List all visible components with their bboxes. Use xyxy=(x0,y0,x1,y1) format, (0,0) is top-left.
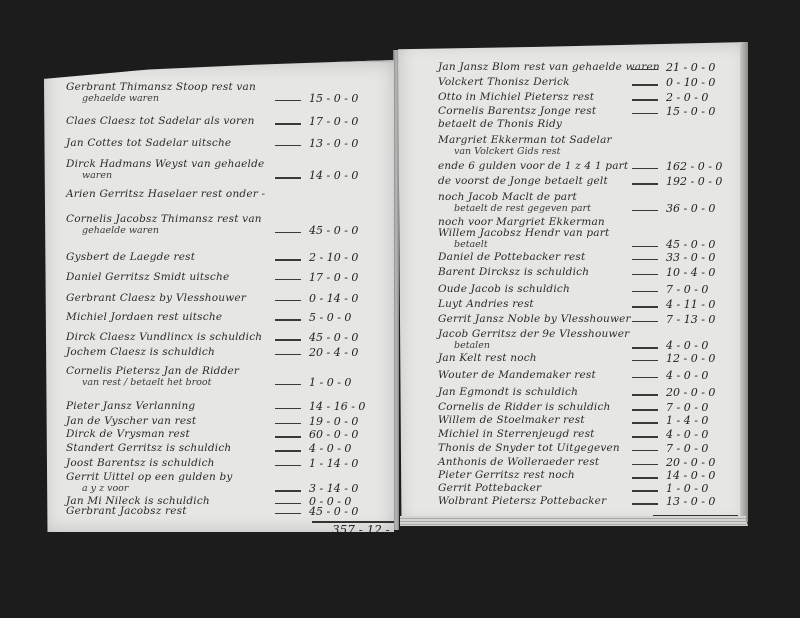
entry-continuation: a y z voor xyxy=(82,483,128,494)
entry-amount: 12 - 0 - 0 xyxy=(666,352,715,365)
leader-dash xyxy=(275,319,301,321)
leader-dash xyxy=(632,422,658,424)
entry-amount: 20 - 4 - 0 xyxy=(309,346,358,359)
leader-dash xyxy=(275,259,301,261)
entry-name: de voorst de Jonge betaelt gelt xyxy=(438,175,608,187)
leader-dash xyxy=(275,339,301,341)
ledger-entry: Jan Cottes tot Sadelar uitsche13 - 0 - 0 xyxy=(44,137,394,155)
entry-name: Margriet Ekkerman tot Sadelar xyxy=(438,134,612,146)
entry-name: Barent Dircksz is schuldich xyxy=(438,266,589,278)
leader-dash xyxy=(275,465,301,467)
leader-dash xyxy=(632,246,658,248)
entry-name: betaelt de Thonis Ridy xyxy=(438,118,562,130)
leader-dash xyxy=(632,377,658,379)
total-flourish xyxy=(302,532,328,539)
page-edge xyxy=(740,42,748,522)
entry-name: Jan Cottes tot Sadelar uitsche xyxy=(66,137,231,149)
folio-number: 202 xyxy=(576,566,591,575)
leader-dash xyxy=(632,394,658,396)
entry-name: Daniel Gerritsz Smidt uitsche xyxy=(66,271,229,283)
entry-continuation: waren xyxy=(82,170,112,181)
entry-continuation: betaelt xyxy=(454,239,488,250)
entry-amount: 4 - 0 - 0 xyxy=(666,339,708,352)
entry-name: Michiel Jordaen rest uitsche xyxy=(66,311,222,323)
ledger-entry: Jochem Claesz is schuldich20 - 4 - 0 xyxy=(44,346,394,364)
entry-amount: 45 - 0 - 0 xyxy=(309,505,358,518)
entry-name: Gerbrant Thimansz Stoop rest van xyxy=(66,81,256,93)
entry-name: Jochem Claesz is schuldich xyxy=(66,346,215,358)
entry-continuation: van rest / betaelt het broot xyxy=(82,377,211,388)
entry-name: Oude Jacob is schuldich xyxy=(438,283,570,295)
entry-name: Joost Barentsz is schuldich xyxy=(66,457,215,469)
ledger-entry: betaelt de Thonis Ridy xyxy=(398,118,748,136)
entry-amount: 17 - 0 - 0 xyxy=(309,271,358,284)
entry-amount: 19 - 0 - 0 xyxy=(309,415,358,428)
entry-amount: 15 - 0 - 0 xyxy=(666,105,715,118)
leader-dash xyxy=(275,503,301,505)
entry-amount: 162 - 0 - 0 xyxy=(666,160,722,173)
leader-dash xyxy=(275,100,301,102)
entry-name: Thonis de Snyder tot Uitgegeven xyxy=(438,442,620,454)
entry-amount: 1 - 14 - 0 xyxy=(309,457,358,470)
entry-name: noch Jacob Maclt de part xyxy=(438,191,577,203)
entry-amount: 17 - 0 - 0 xyxy=(309,115,358,128)
entry-amount: 45 - 0 - 0 xyxy=(309,331,358,344)
ledger-entry: Michiel Jordaen rest uitsche5 - 0 - 0 xyxy=(44,311,394,329)
leader-dash xyxy=(632,306,658,308)
leader-dash xyxy=(632,274,658,276)
entry-amount: 20 - 0 - 0 xyxy=(666,456,715,469)
entry-name: Gerrit Jansz Noble by Vlesshouwer xyxy=(438,313,631,325)
entry-name: Gysbert de Laegde rest xyxy=(66,251,195,263)
entry-amount: 21 - 0 - 0 xyxy=(666,61,715,74)
entry-continuation: van Volckert Gids rest xyxy=(454,146,560,157)
entry-amount: 7 - 0 - 0 xyxy=(666,442,708,455)
entry-amount: 14 - 0 - 0 xyxy=(309,169,358,182)
entry-amount: 4 - 0 - 0 xyxy=(666,369,708,382)
ledger-entry: Jan Kelt rest noch12 - 0 - 0 xyxy=(398,352,748,370)
entry-name: Gerrit Pottebacker xyxy=(438,482,541,494)
leader-dash xyxy=(275,513,301,515)
leader-dash xyxy=(275,423,301,425)
entry-amount: 20 - 0 - 0 xyxy=(666,386,715,399)
entry-name: Dirck Claesz Vundlincx is schuldich xyxy=(66,331,262,343)
entry-name: Wolbrant Pietersz Pottebacker xyxy=(438,495,606,507)
entry-name: Jacob Gerritsz der 9e Vlesshouwer xyxy=(438,328,629,340)
entry-name: Claes Claesz tot Sadelar als voren xyxy=(66,115,255,127)
ledger-entry: Daniel Gerritsz Smidt uitsche17 - 0 - 0 xyxy=(44,271,394,289)
entry-name: Cornelis Pietersz Jan de Ridder xyxy=(66,365,239,377)
page-stack-edge xyxy=(400,516,746,526)
ledger-entry: Wouter de Mandemaker rest4 - 0 - 0 xyxy=(398,369,748,387)
entry-amount: 192 - 0 - 0 xyxy=(666,175,722,188)
entry-name: Jan Kelt rest noch xyxy=(438,352,537,364)
leader-dash xyxy=(275,123,301,125)
entry-amount: 13 - 0 - 0 xyxy=(309,137,358,150)
entry-name: Cornelis Barentsz Jonge rest xyxy=(438,105,596,117)
entry-amount: 0 - 14 - 0 xyxy=(309,292,358,305)
entry-continuation: betaelt de rest gegeven part xyxy=(454,203,591,214)
leader-dash xyxy=(632,210,658,212)
leader-dash xyxy=(632,291,658,293)
entry-amount: 4 - 0 - 0 xyxy=(309,442,351,455)
entry-name: Willem Jacobsz Hendr van part xyxy=(438,227,609,239)
ledger-entry: noch Jacob Maclt de partbetaelt de rest … xyxy=(398,191,748,209)
ledger-entry: Cornelis Jacobsz Thimansz rest vangehael… xyxy=(44,213,394,231)
ledger-entry: Willem Jacobsz Hendr van partbetaelt45 -… xyxy=(398,227,748,245)
ledger-entry: Cornelis Pietersz Jan de Riddervan rest … xyxy=(44,365,394,383)
leader-dash xyxy=(275,436,301,438)
entry-name: Pieter Jansz Verlanning xyxy=(66,400,195,412)
leader-dash xyxy=(632,168,658,170)
entry-name: Gerbrant Claesz by Vlesshouwer xyxy=(66,292,246,304)
leader-dash xyxy=(632,477,658,479)
leader-dash xyxy=(632,321,658,323)
left-ledger-page: Gerbrant Thimansz Stoop rest vangehaelde… xyxy=(44,60,394,532)
leader-dash xyxy=(632,360,658,362)
leader-dash xyxy=(632,113,658,115)
leader-dash xyxy=(632,183,658,185)
leader-dash xyxy=(275,384,301,386)
entry-amount: 7 - 0 - 0 xyxy=(666,401,708,414)
ledger-entry: Dirck Hadmans Weyst van gehaeldewaren14 … xyxy=(44,158,394,176)
leader-dash xyxy=(275,279,301,281)
entry-amount: 45 - 0 - 0 xyxy=(666,238,715,251)
ledger-entry: Claes Claesz tot Sadelar als voren17 - 0… xyxy=(44,115,394,133)
entry-name: Michiel in Sterrenjeugd rest xyxy=(438,428,595,440)
entry-name: Standert Gerritsz is schuldich xyxy=(66,442,231,454)
entry-amount: 14 - 16 - 0 xyxy=(309,400,365,413)
leader-dash xyxy=(632,99,658,101)
leader-dash xyxy=(632,450,658,452)
entry-name: Cornelis de Ridder is schuldich xyxy=(438,401,611,413)
entry-name: Gerbrant Jacobsz rest xyxy=(66,505,187,517)
leader-dash xyxy=(632,409,658,411)
entry-amount: 2 - 0 - 0 xyxy=(666,91,708,104)
entry-name: Jan Egmondt is schuldich xyxy=(438,386,578,398)
leader-dash xyxy=(632,347,658,349)
leader-dash xyxy=(275,232,301,234)
total-flourish xyxy=(636,530,662,537)
leader-dash xyxy=(632,490,658,492)
leader-dash xyxy=(275,300,301,302)
leader-dash xyxy=(275,354,301,356)
entry-name: Willem de Stoelmaker rest xyxy=(438,414,585,426)
entry-amount: 5 - 0 - 0 xyxy=(309,311,351,324)
entry-amount: 33 - 0 - 0 xyxy=(666,251,715,264)
left-page-total: 357 - 12 - 0 xyxy=(332,523,401,537)
entry-amount: 13 - 0 - 0 xyxy=(666,495,715,508)
leader-dash xyxy=(632,436,658,438)
entry-name: Pieter Gerritsz rest noch xyxy=(438,469,575,481)
ledger-entry: Barent Dircksz is schuldich10 - 4 - 0 xyxy=(398,266,748,284)
entry-amount: 4 - 11 - 0 xyxy=(666,298,715,311)
ledger-entry: Wolbrant Pietersz Pottebacker13 - 0 - 0 xyxy=(398,495,748,513)
entry-name: Arien Gerritsz Haselaer rest onder - xyxy=(66,188,265,200)
leader-dash xyxy=(632,69,658,71)
ledger-entry: Arien Gerritsz Haselaer rest onder - xyxy=(44,188,394,206)
ledger-entry: Margriet Ekkerman tot Sadelarvan Volcker… xyxy=(398,134,748,152)
ledger-entry: Gerbrant Claesz by Vlesshouwer0 - 14 - 0 xyxy=(44,292,394,310)
entry-name: Gerrit Uittel op een gulden by xyxy=(66,471,233,483)
entry-amount: 2 - 10 - 0 xyxy=(309,251,358,264)
leader-dash xyxy=(632,503,658,505)
entry-amount: 15 - 0 - 0 xyxy=(309,92,358,105)
ledger-entry: Gysbert de Laegde rest2 - 10 - 0 xyxy=(44,251,394,269)
entry-amount: 60 - 0 - 0 xyxy=(309,428,358,441)
leader-dash xyxy=(275,177,301,179)
entry-name: Dirck Hadmans Weyst van gehaelde xyxy=(66,158,264,170)
entry-name: Daniel de Pottebacker rest xyxy=(438,251,585,263)
leader-dash xyxy=(275,450,301,452)
entry-amount: 1 - 0 - 0 xyxy=(666,482,708,495)
entry-name: Volckert Thonisz Derick xyxy=(438,76,570,88)
entry-name: Cornelis Jacobsz Thimansz rest van xyxy=(66,213,262,225)
entry-amount: 0 - 10 - 0 xyxy=(666,76,715,89)
entry-name: Luyt Andries rest xyxy=(438,298,534,310)
entry-name: Anthonis de Wolleraeder rest xyxy=(438,456,599,468)
entry-name: Jan Jansz Blom rest van gehaelde waren xyxy=(438,61,660,73)
entry-continuation: gehaelde waren xyxy=(82,225,159,236)
entry-amount: 7 - 13 - 0 xyxy=(666,313,715,326)
leader-dash xyxy=(632,464,658,466)
entry-name: Dirck de Vrysman rest xyxy=(66,428,190,440)
leader-dash xyxy=(275,490,301,492)
entry-amount: 7 - 0 - 0 xyxy=(666,283,708,296)
entry-amount: 4 - 0 - 0 xyxy=(666,428,708,441)
entry-amount: 14 - 0 - 0 xyxy=(666,469,715,482)
leader-dash xyxy=(632,259,658,261)
entry-amount: 1 - 4 - 0 xyxy=(666,414,708,427)
leader-dash xyxy=(275,408,301,410)
entry-amount: 3 - 14 - 0 xyxy=(309,482,358,495)
ledger-entry: Gerbrant Thimansz Stoop rest vangehaelde… xyxy=(44,81,394,99)
entry-amount: 45 - 0 - 0 xyxy=(309,224,358,237)
leader-dash xyxy=(632,84,658,86)
entry-amount: 1 - 0 - 0 xyxy=(309,376,351,389)
entry-continuation: betalen xyxy=(454,340,490,351)
entry-name: Otto in Michiel Pietersz rest xyxy=(438,91,594,103)
entry-amount: 10 - 4 - 0 xyxy=(666,266,715,279)
entry-continuation: gehaelde waren xyxy=(82,93,159,104)
entry-name: Wouter de Mandemaker rest xyxy=(438,369,596,381)
leader-dash xyxy=(275,145,301,147)
right-ledger-page: Jan Jansz Blom rest van gehaelde waren21… xyxy=(398,42,748,526)
ledger-entry: Jacob Gerritsz der 9e Vlesshouwerbetalen… xyxy=(398,328,748,346)
entry-name: ende 6 gulden voor de 1 z 4 1 part xyxy=(438,160,628,172)
entry-amount: 36 - 0 - 0 xyxy=(666,202,715,215)
ledger-entry: Gerrit Uittel op een gulden bya y z voor… xyxy=(44,471,394,489)
entry-name: Jan de Vyscher van rest xyxy=(66,415,196,427)
